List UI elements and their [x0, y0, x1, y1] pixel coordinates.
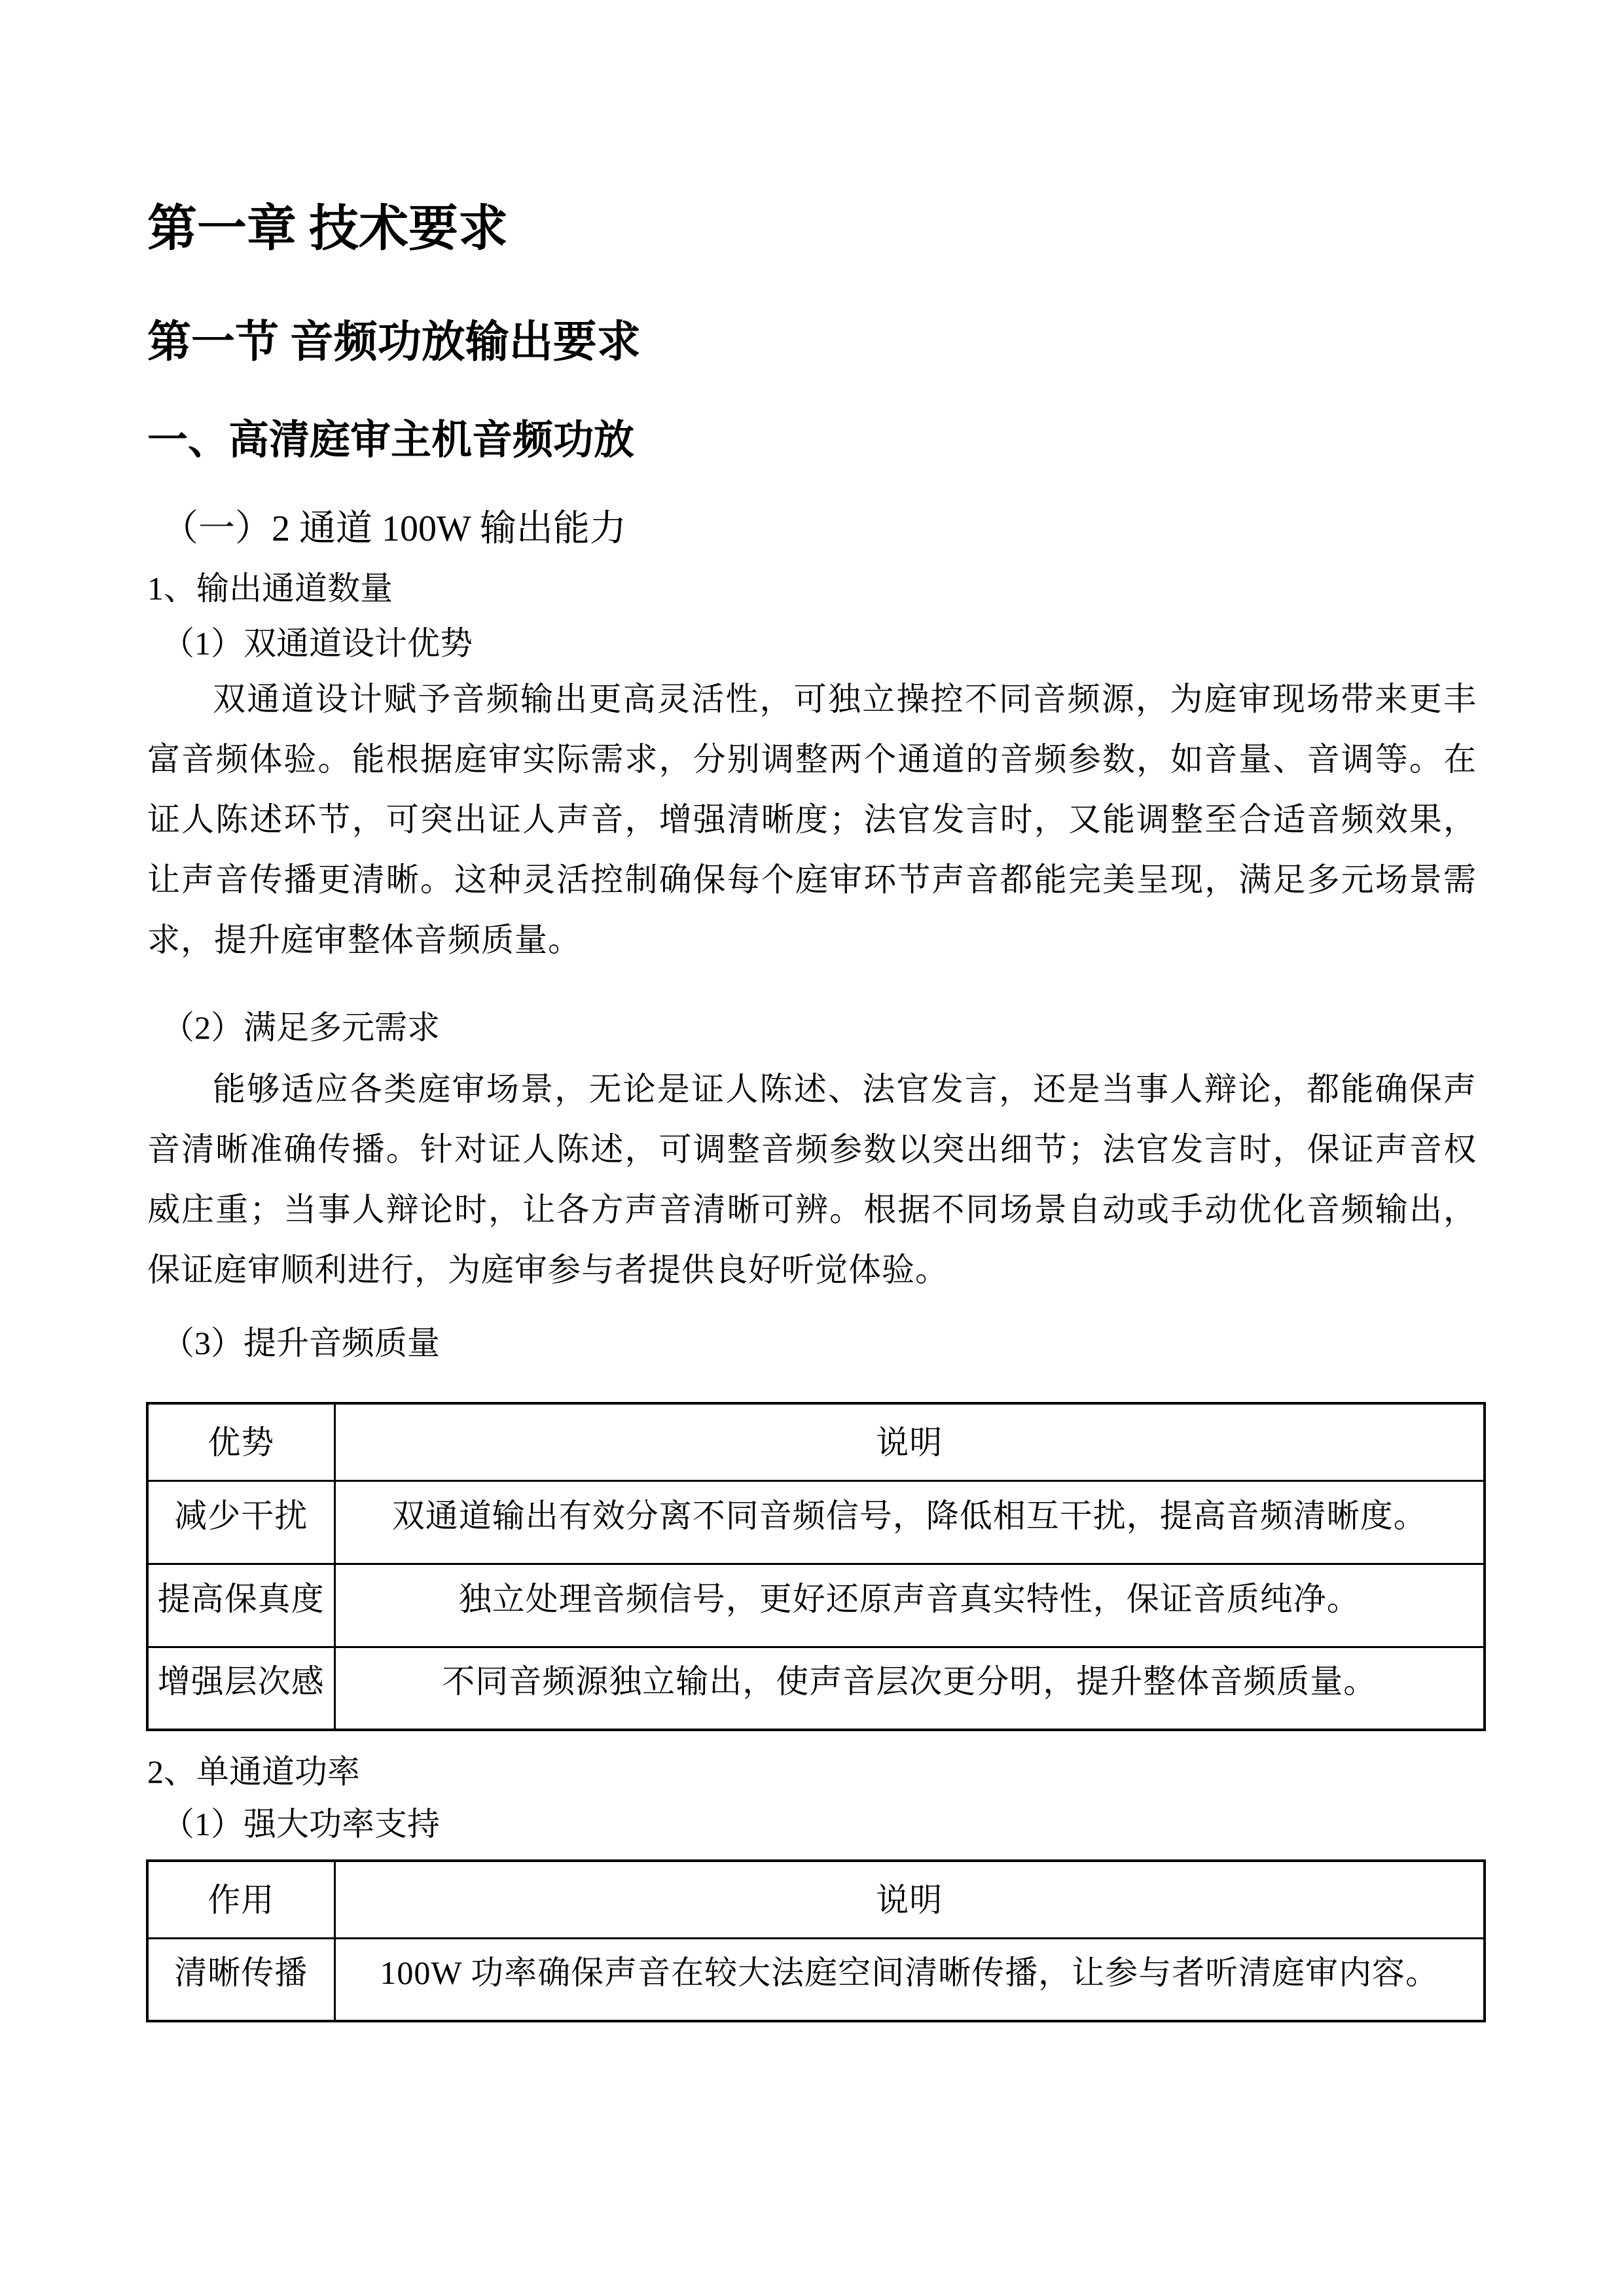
body-paragraph: 双通道设计赋予音频输出更高灵活性，可独立操控不同音频源，为庭审现场带来更丰富音频…	[147, 669, 1477, 970]
table-cell-advantage: 提高保真度	[147, 1564, 334, 1647]
table-cell-function: 清晰传播	[147, 1938, 334, 2021]
table-row: 提高保真度 独立处理音频信号，更好还原声音真实特性，保证音质纯净。	[147, 1564, 1485, 1647]
table-cell-description: 独立处理音频信号，更好还原声音真实特性，保证音质纯净。	[334, 1564, 1485, 1647]
table-cell-description: 不同音频源独立输出，使声音层次更分明，提升整体音频质量。	[334, 1647, 1485, 1730]
heading-level-3: 2、单通道功率	[147, 1746, 1477, 1798]
document-content: 第一章 技术要求 第一节 音频功放输出要求 一、高清庭审主机音频功放 （一）2 …	[147, 0, 1477, 2022]
table-header-cell: 说明	[334, 1861, 1485, 1938]
heading-level-1: 一、高清庭审主机音频功放	[147, 412, 1477, 469]
table-header-row: 作用 说明	[147, 1861, 1485, 1938]
table-cell-advantage: 增强层次感	[147, 1647, 334, 1730]
heading-level-4: （1）双通道设计优势	[162, 619, 1477, 668]
advantages-table: 优势 说明 减少干扰 双通道输出有效分离不同音频信号，降低相互干扰，提高音频清晰…	[146, 1402, 1486, 1731]
heading-level-4: （2）满足多元需求	[162, 997, 1477, 1058]
table-header-cell: 作用	[147, 1861, 334, 1938]
heading-level-4: （1）强大功率支持	[162, 1798, 1477, 1850]
chapter-title: 第一章 技术要求	[147, 196, 1477, 262]
heading-level-3: 1、输出通道数量	[147, 564, 1477, 613]
function-table: 作用 说明 清晰传播 100W 功率确保声音在较大法庭空间清晰传播，让参与者听清…	[146, 1859, 1486, 2022]
table-row: 增强层次感 不同音频源独立输出，使声音层次更分明，提升整体音频质量。	[147, 1647, 1485, 1730]
table-header-row: 优势 说明	[147, 1403, 1485, 1480]
section-title: 第一节 音频功放输出要求	[147, 313, 1477, 372]
table-header-cell: 优势	[147, 1403, 334, 1480]
document-page: 第一章 技术要求 第一节 音频功放输出要求 一、高清庭审主机音频功放 （一）2 …	[0, 0, 1624, 2296]
body-paragraph: 能够适应各类庭审场景，无论是证人陈述、法官发言，还是当事人辩论，都能确保声音清晰…	[147, 1059, 1477, 1300]
table-row: 清晰传播 100W 功率确保声音在较大法庭空间清晰传播，让参与者听清庭审内容。	[147, 1938, 1485, 2021]
table-cell-description: 双通道输出有效分离不同音频信号，降低相互干扰，提高音频清晰度。	[334, 1480, 1485, 1564]
heading-level-2: （一）2 通道 100W 输出能力	[162, 503, 1477, 555]
table-row: 减少干扰 双通道输出有效分离不同音频信号，降低相互干扰，提高音频清晰度。	[147, 1480, 1485, 1564]
table-cell-advantage: 减少干扰	[147, 1480, 334, 1564]
heading-level-4: （3）提升音频质量	[162, 1313, 1477, 1373]
table-header-cell: 说明	[334, 1403, 1485, 1480]
table-cell-description: 100W 功率确保声音在较大法庭空间清晰传播，让参与者听清庭审内容。	[334, 1938, 1485, 2021]
